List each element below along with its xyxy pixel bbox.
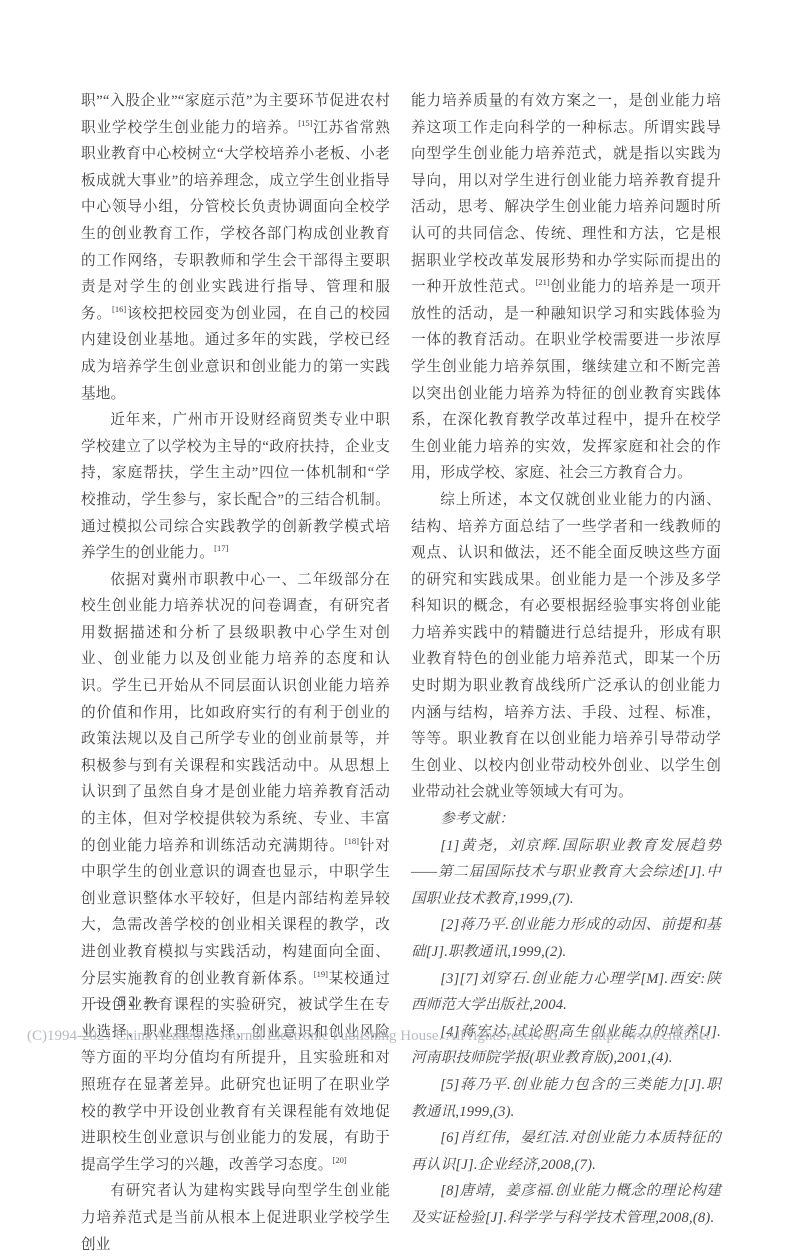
paragraph: 综上所述，本文仅就创业业能力的内涵、结构、培养方面总结了一些学者和一线教师的观点… [411, 487, 721, 806]
citation-ref: [16] [112, 304, 126, 314]
right-column: 能力培养质量的有效方案之一，是创业能力培养这项工作走向科学的一种标志。所谓实践导… [411, 88, 721, 1069]
page-number: — 52 — [94, 994, 163, 1011]
scanned-paper-page: 职”“入股企业”“家庭示范”为主要环节促进农村职业学校学生创业能力的培养。[15… [0, 0, 800, 1069]
paragraph: 近年来，广州市开设财经商贸类专业中职学校建立了以学校为主导的“政府扶持，企业支持… [81, 407, 390, 567]
footer-copyright: (C)1994-2021 China Academic Journal Elec… [27, 1028, 561, 1044]
reference-item: [2]蒋乃平.创业能力形成的动因、前提和基础[J].职教通讯,1999,(2). [411, 912, 721, 965]
left-column: 职”“入股企业”“家庭示范”为主要环节促进农村职业学校学生创业能力的培养。[15… [81, 88, 390, 1069]
citation-ref: [18] [345, 836, 359, 846]
citation-ref: [15] [298, 118, 312, 128]
citation-ref: [21] [536, 277, 550, 287]
reference-item: [1]黄尧，刘京辉.国际职业教育发展趋势——第二届国际技术与职业教育大会综述[J… [411, 833, 721, 913]
paragraph: 能力培养质量的有效方案之一，是创业能力培养这项工作走向科学的一种标志。所谓实践导… [411, 88, 721, 487]
citation-ref: [19] [314, 969, 328, 979]
references-heading: 参考文献： [411, 806, 721, 833]
paragraph: 职”“入股企业”“家庭示范”为主要环节促进农村职业学校学生创业能力的培养。[15… [81, 88, 390, 407]
footer: (C)1994-2021 China Academic Journal Elec… [27, 1028, 787, 1045]
reference-item: [3][7]刘穿石.创业能力心理学[M].西安:陕西师范大学出版社,2004. [411, 966, 721, 1019]
footer-url: http://www.cnki.net [591, 1028, 710, 1044]
citation-ref: [17] [214, 543, 228, 553]
